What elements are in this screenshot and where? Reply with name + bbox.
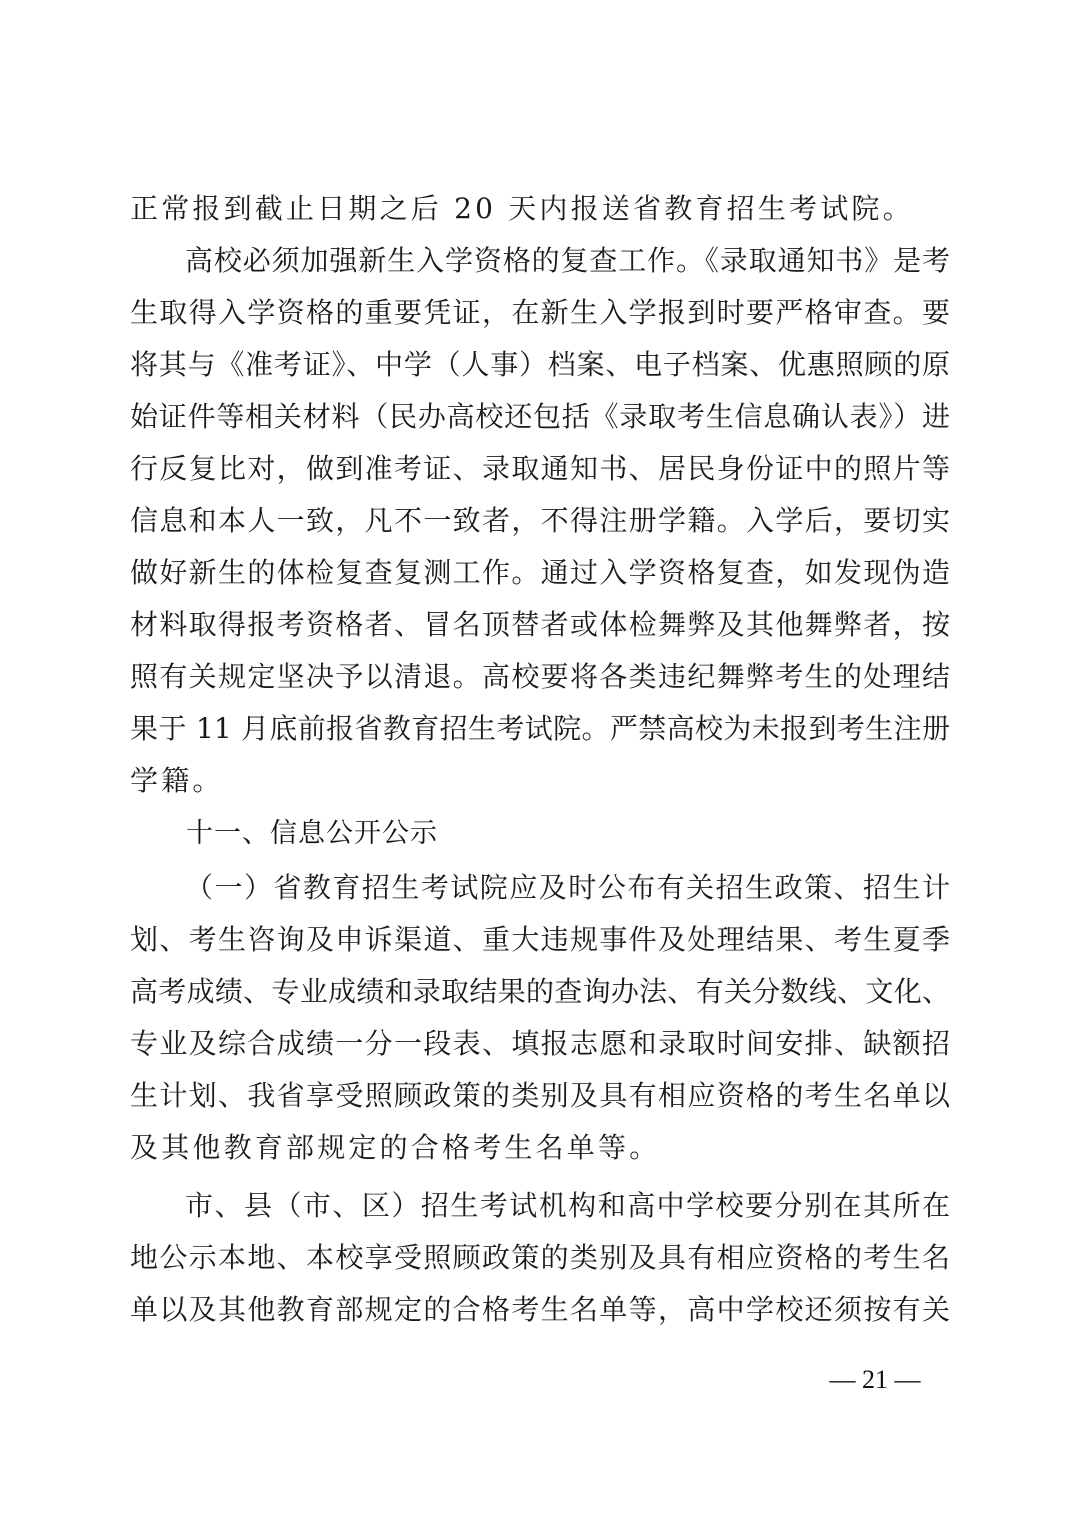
line-text: 单以及其他教育部规定的合格考生名单等，高中学校还须按有关: [130, 1293, 950, 1326]
paragraph-line: 始证件等相关材料（民办高校还包括《录取考生信息确认表》）进: [130, 391, 950, 443]
line-text: 学籍。: [130, 764, 224, 797]
line-text: 市、县（市、区）招生考试机构和高中学校要分别在其所在: [185, 1189, 950, 1222]
paragraph-line: 材料取得报考资格者、冒名顶替者或体检舞弊及其他舞弊者，按: [130, 599, 950, 651]
line-text: 划、考生咨询及申诉渠道、重大违规事件及处理结果、考生夏季: [130, 923, 950, 956]
paragraph-line: 划、考生咨询及申诉渠道、重大违规事件及处理结果、考生夏季: [130, 914, 950, 966]
line-text: 果于 11 月底前报省教育招生考试院。严禁高校为未报到考生注册: [130, 712, 950, 745]
paragraph-line: 行反复比对，做到准考证、录取通知书、居民身份证中的照片等: [130, 443, 950, 495]
paragraph-line: 学籍。: [130, 755, 950, 807]
line-text: 行反复比对，做到准考证、录取通知书、居民身份证中的照片等: [130, 452, 950, 485]
line-text: 及其他教育部规定的合格考生名单等。: [130, 1131, 660, 1164]
paragraph-line: 市、县（市、区）招生考试机构和高中学校要分别在其所在: [185, 1180, 950, 1232]
paragraph-line: 高校必须加强新生入学资格的复查工作。《录取通知书》是考: [185, 235, 950, 287]
line-text: 生计划、我省享受照顾政策的类别及具有相应资格的考生名单以: [130, 1079, 950, 1112]
paragraph-line: 果于 11 月底前报省教育招生考试院。严禁高校为未报到考生注册: [130, 703, 950, 755]
paragraph-line: 照有关规定坚决予以清退。高校要将各类违纪舞弊考生的处理结: [130, 651, 950, 703]
section-heading: 十一、信息公开公示: [186, 808, 438, 860]
paragraph-line: 做好新生的体检复查复测工作。通过入学资格复查，如发现伪造: [130, 547, 950, 599]
line-text: 做好新生的体检复查复测工作。通过入学资格复查，如发现伪造: [130, 556, 950, 589]
document-page: 正常报到截止日期之后 20 天内报送省教育招生考试院。 高校必须加强新生入学资格…: [0, 0, 1080, 1527]
line-text: 材料取得报考资格者、冒名顶替者或体检舞弊及其他舞弊者，按: [130, 608, 950, 641]
paragraph-line: 生计划、我省享受照顾政策的类别及具有相应资格的考生名单以: [130, 1070, 950, 1122]
line-text: 专业及综合成绩一分一段表、填报志愿和录取时间安排、缺额招: [130, 1027, 950, 1060]
line-text: 地公示本地、本校享受照顾政策的类别及具有相应资格的考生名: [130, 1241, 950, 1274]
line-text: 高考成绩、专业成绩和录取结果的查询办法、有关分数线、文化、: [130, 975, 950, 1008]
paragraph-line: 高考成绩、专业成绩和录取结果的查询办法、有关分数线、文化、: [130, 966, 950, 1018]
paragraph-line: （一）省教育招生考试院应及时公布有关招生政策、招生计: [185, 862, 950, 914]
paragraph-line: 将其与《准考证》、中学（人事）档案、电子档案、优惠照顾的原: [130, 339, 950, 391]
line-text: 照有关规定坚决予以清退。高校要将各类违纪舞弊考生的处理结: [130, 660, 950, 693]
line-text: 生取得入学资格的重要凭证，在新生入学报到时要严格审查。要: [130, 296, 950, 329]
paragraph-line: 单以及其他教育部规定的合格考生名单等，高中学校还须按有关: [130, 1284, 950, 1336]
line-text: （一）省教育招生考试院应及时公布有关招生政策、招生计: [185, 871, 950, 904]
line-text: 始证件等相关材料（民办高校还包括《录取考生信息确认表》）进: [130, 400, 950, 433]
page-number: — 21 —: [820, 1360, 930, 1400]
paragraph-line: 地公示本地、本校享受照顾政策的类别及具有相应资格的考生名: [130, 1232, 950, 1284]
paragraph-line: 正常报到截止日期之后 20 天内报送省教育招生考试院。: [130, 183, 950, 235]
line-text: 高校必须加强新生入学资格的复查工作。《录取通知书》是考: [185, 244, 950, 277]
paragraph-line: 专业及综合成绩一分一段表、填报志愿和录取时间安排、缺额招: [130, 1018, 950, 1070]
paragraph-line: 及其他教育部规定的合格考生名单等。: [130, 1122, 950, 1174]
paragraph-line: 信息和本人一致，凡不一致者，不得注册学籍。入学后，要切实: [130, 495, 950, 547]
paragraph-line: 生取得入学资格的重要凭证，在新生入学报到时要严格审查。要: [130, 287, 950, 339]
line-text: 将其与《准考证》、中学（人事）档案、电子档案、优惠照顾的原: [130, 348, 950, 381]
line-text: 正常报到截止日期之后 20 天内报送省教育招生考试院。: [130, 192, 914, 225]
line-text: 信息和本人一致，凡不一致者，不得注册学籍。入学后，要切实: [130, 504, 950, 537]
